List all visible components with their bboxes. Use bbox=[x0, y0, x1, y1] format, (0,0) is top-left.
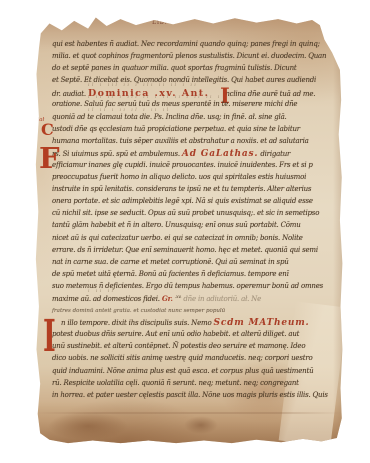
manuscript-photo: Lib. v ī lał qui est habentes ñ audiat. … bbox=[0, 0, 370, 463]
text-line: humana mortalitas. tuis sēper auxiliis e… bbox=[52, 137, 335, 149]
script-text: quoniā ad te clamaui tota die. Ps. Incli… bbox=[52, 113, 287, 121]
script-text: dirigatur bbox=[260, 150, 290, 158]
text-line: de spū metet uitā ęternā. Bonū aū facien… bbox=[52, 270, 335, 282]
script-text: rs. Si uiuimus spū. spū et ambulemus. bbox=[52, 150, 180, 158]
text-line: tantū glām habebit et ñ in altero. Unusq… bbox=[52, 221, 335, 233]
rubric-text: Gr. bbox=[162, 294, 173, 303]
illuminated-initial: C bbox=[41, 122, 54, 138]
bottom-center-blotch bbox=[184, 416, 218, 434]
script-text: potest duobus dñis seruire. Aut enī unū … bbox=[52, 330, 299, 338]
script-text: do et septē panes in quatuor milia. quot… bbox=[52, 64, 297, 72]
parchment-page: Lib. v ī lał qui est habentes ñ audiat. … bbox=[34, 14, 343, 444]
bottom-stain bbox=[34, 402, 343, 444]
rubric-text: Ad GaLathas. bbox=[182, 149, 258, 159]
script-text: dñe in adiutoriū. ał. Ne bbox=[183, 295, 261, 303]
text-line: nicet aū is qui catecizatur uerbo. ei qu… bbox=[52, 234, 335, 246]
script-text: maxime aū. ad domesticos fidei. bbox=[52, 295, 160, 303]
text-line: C ustodi dñe qs ęcclesiam tuā propiciati… bbox=[52, 125, 335, 137]
script-text: unū sustinebit. et alterū contēpnet. Ñ p… bbox=[52, 342, 305, 350]
script-text: n illo tempore. dixit ihs discipulis sui… bbox=[61, 319, 211, 327]
script-text: .xv. bbox=[175, 295, 182, 300]
script-text: efficiamur inanes glę cupidi. inuicē pro… bbox=[52, 161, 313, 169]
script-text: humana mortalitas. tuis sēper auxiliis e… bbox=[52, 137, 309, 145]
text-line: cū nichil sit. ipse se seducit. Opus aū … bbox=[52, 209, 335, 221]
text-line: ı ıı ılmaxime aū. ad domesticos fidei. G… bbox=[52, 294, 335, 306]
text-line: errare. ds ñ irridetur. Que enī seminaue… bbox=[52, 246, 335, 258]
script-text: ustodi dñe qs ęcclesiam tuā propiciation… bbox=[52, 125, 300, 133]
script-text: tantū glām habebit et ñ in altero. Unusq… bbox=[52, 221, 301, 229]
script-text: quid induamini. Nōne anima plus est quā … bbox=[52, 367, 313, 375]
script-text: in horrea. et pater uester cęlestis pasc… bbox=[52, 391, 328, 399]
interlinear-gloss: ı ıı ıl bbox=[88, 289, 116, 294]
script-text: milia. et quot cophinos fragmentorū plen… bbox=[52, 52, 326, 60]
bottom-left-blotch bbox=[48, 412, 128, 440]
text-line: in horrea. et pater uester cęlestis pasc… bbox=[52, 391, 335, 403]
text-line: dico uobis. ne solliciti sitis animę ues… bbox=[52, 354, 335, 366]
text-line: fratres dominū anteit gratia. et custodi… bbox=[52, 306, 335, 318]
text-line: onera portate. et sic adimplebitis legē … bbox=[52, 197, 335, 209]
text-line: quid induamini. Nōne anima plus est quā … bbox=[52, 367, 335, 379]
page-heading: Lib. v bbox=[152, 19, 175, 26]
crease-line bbox=[34, 412, 343, 414]
text-line: milia. et quot cophinos fragmentorū plen… bbox=[52, 52, 335, 64]
script-text: onera portate. et sic adimplebitis legē … bbox=[52, 197, 313, 205]
rubric-text: Scdm MATheum. bbox=[214, 318, 310, 328]
script-text: qui est habentes ñ audiat. Nec recordami… bbox=[52, 40, 320, 48]
interlinear-gloss: ı ıı ıl ı ııı ıı ı ıl ıı ı ıl ıı ı bbox=[88, 95, 222, 100]
script-text: errare. ds ñ irridetur. Que enī seminaue… bbox=[52, 246, 318, 254]
text-block: qui est habentes ñ audiat. Nec recordami… bbox=[52, 40, 335, 403]
script-text: nat in carne sua. de carne et metet corr… bbox=[52, 258, 289, 266]
text-line: ıl ıı ı ıı ıl ı ıı ılquoniā ad te clamau… bbox=[52, 113, 335, 125]
text-line: efficiamur inanes glę cupidi. inuicē pro… bbox=[52, 161, 335, 173]
script-text: rū. Respicite uolatilia cęli. quoniā ñ s… bbox=[52, 379, 299, 387]
text-line: potest duobus dñis seruire. Aut enī unū … bbox=[52, 330, 335, 342]
script-text: dico uobis. ne solliciti sitis animę ues… bbox=[52, 354, 313, 362]
script-text: fratres dominū anteit gratia. et custodi… bbox=[52, 308, 225, 314]
text-line: unū sustinebit. et alterū contēpnet. Ñ p… bbox=[52, 342, 335, 354]
script-text: nclina dñe aurē tuā ad me. bbox=[225, 90, 315, 98]
text-line: rū. Respicite uolatilia cęli. quoniā ñ s… bbox=[52, 379, 335, 391]
interlinear-gloss: ıl ıı ı ıı ıl ı ıı ıl bbox=[88, 108, 171, 113]
text-line: instruite in spū lenitatis. considerans … bbox=[52, 185, 335, 197]
text-line: preoccupatus fuerit homo in aliquo delic… bbox=[52, 173, 335, 185]
script-text: instruite in spū lenitatis. considerans … bbox=[52, 185, 311, 193]
text-line: qui est habentes ñ audiat. Nec recordami… bbox=[52, 40, 335, 52]
script-text: cū nichil sit. ipse se seducit. Opus aū … bbox=[52, 209, 319, 217]
script-text: dr. audiat. bbox=[52, 90, 86, 98]
text-line: F rs. Si uiuimus spū. spū et ambulemus. … bbox=[52, 149, 335, 161]
text-line: do et septē panes in quatuor milia. quot… bbox=[52, 64, 335, 76]
script-text: de spū metet uitā ęternā. Bonū aū facien… bbox=[52, 270, 289, 278]
interlinear-gloss: ıl ı ııl ıı ı ılı ıı ıl ı ıı bbox=[88, 83, 198, 88]
script-text: nicet aū is qui catecizatur uerbo. ei qu… bbox=[52, 234, 303, 242]
script-text: preoccupatus fuerit homo in aliquo delic… bbox=[52, 173, 306, 181]
text-line: nat in carne sua. de carne et metet corr… bbox=[52, 258, 335, 270]
text-line: I n illo tempore. dixit ihs discipulis s… bbox=[52, 318, 335, 330]
